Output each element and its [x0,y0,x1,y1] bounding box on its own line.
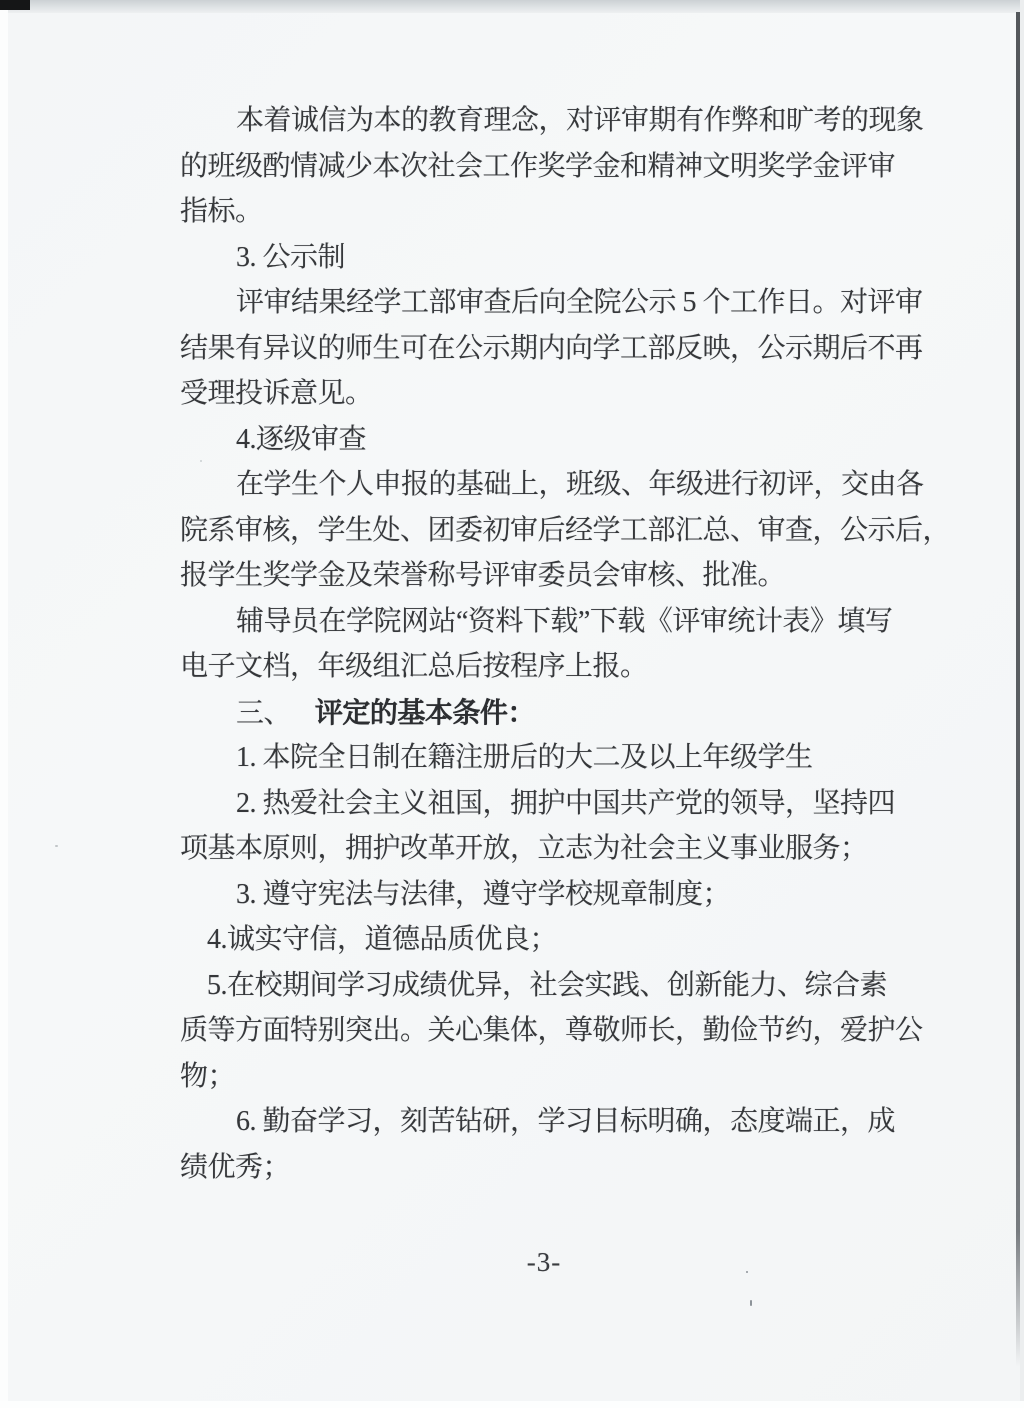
condition-item-2: 2. 热爱社会主义祖国，拥护中国共产党的领导，坚持四 [180,781,920,827]
document-body: 本着诚信为本的教育理念，对评审期有作弊和旷考的现象 的班级酌情减少本次社会工作奖… [180,98,920,1190]
paragraph-line: 受理投诉意见。 [180,371,920,417]
paragraph-line: 结果有异议的师生可在公示期内向学工部反映，公示期后不再 [180,326,920,372]
paragraph-line: 辅导员在学院网站“资料下载”下载《评审统计表》填写 [180,599,920,645]
condition-item-6: 6. 勤奋学习，刻苦钻研，学习目标明确，态度端正，成 [180,1099,920,1145]
paragraph-line: 评审结果经学工部审查后向全院公示 5 个工作日。对评审 [180,280,920,326]
list-item-review: 4.逐级审查 [180,417,920,463]
paragraph-line: 院系审核，学生处、团委初审后经学工部汇总、审查，公示后， [180,508,920,554]
section-heading-numeral: 三、 [236,698,291,729]
section-heading: 三、评定的基本条件： [180,690,920,736]
paragraph-line: 电子文档，年级组汇总后按程序上报。 [180,644,920,690]
paragraph-line: 在学生个人申报的基础上，班级、年级进行初评，交由各 [180,462,920,508]
paragraph-line: 的班级酌情减少本次社会工作奖学金和精神文明奖学金评审 [180,144,920,190]
scan-edge-left [0,10,8,1408]
page-number: -3- [180,1247,908,1278]
scan-edge-top [0,0,1024,13]
condition-item-4: 4.诚实守信，道德品质优良； [180,917,920,963]
scan-speck [750,1300,752,1306]
condition-item-5: 5.在校期间学习成绩优异，社会实践、创新能力、综合素 [180,963,920,1009]
scan-speck [55,845,58,847]
scan-corner-artifact [0,0,30,10]
paragraph-line: 指标。 [180,189,920,235]
condition-item-3: 3. 遵守宪法与法律，遵守学校规章制度； [180,872,920,918]
scan-edge-right-outer [1020,0,1024,1408]
paragraph-line: 质等方面特别突出。关心集体，尊敬师长，勤俭节约，爱护公 [180,1008,920,1054]
paragraph-line: 绩优秀； [180,1145,920,1191]
paragraph-line: 物； [180,1054,920,1100]
condition-item-1: 1. 本院全日制在籍注册后的大二及以上年级学生 [180,735,920,781]
paragraph-line: 本着诚信为本的教育理念，对评审期有作弊和旷考的现象 [180,98,920,144]
paragraph-line: 报学生奖学金及荣誉称号评审委员会审核、批准。 [180,553,920,599]
scanned-document-page: 本着诚信为本的教育理念，对评审期有作弊和旷考的现象 的班级酌情减少本次社会工作奖… [0,0,1024,1408]
section-heading-title: 评定的基本条件： [315,697,535,728]
list-item-publicity: 3. 公示制 [180,235,920,281]
scan-edge-right-line [1016,12,1020,1367]
paragraph-line: 项基本原则，拥护改革开放，立志为社会主义事业服务； [180,826,920,872]
scan-edge-bottom [0,1401,1024,1408]
